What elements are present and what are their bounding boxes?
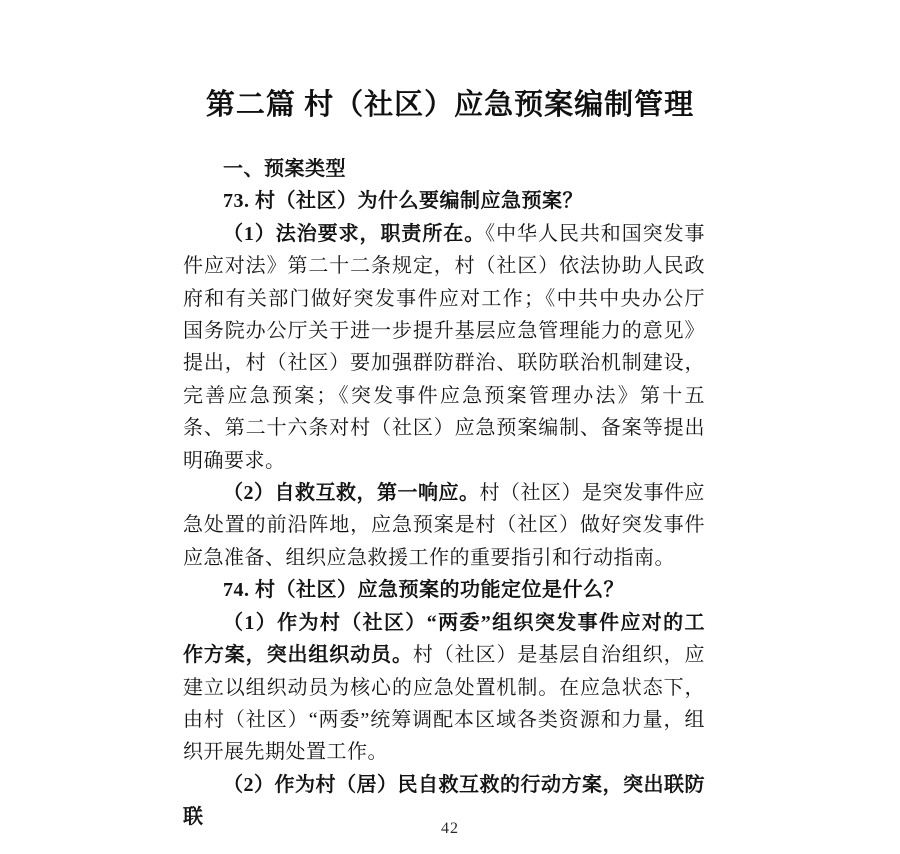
question-74-heading: 74. 村（社区）应急预案的功能定位是什么？	[183, 574, 705, 606]
paragraph-73-point-1: （1）法治要求，职责所在。《中华人民共和国突发事件应对法》第二十二条规定，村（社…	[183, 218, 705, 477]
document-body: 一、预案类型 73. 村（社区）为什么要编制应急预案？ （1）法治要求，职责所在…	[183, 153, 705, 834]
page-title: 第二篇 村（社区）应急预案编制管理	[0, 82, 900, 123]
question-73-text: 73. 村（社区）为什么要编制应急预案？	[223, 190, 583, 212]
paragraph-lead-bold: （2）自救互救，第一响应。	[223, 482, 480, 504]
paragraph-lead-bold: （1）法治要求，职责所在。	[223, 223, 485, 245]
section-heading-text: 一、预案类型	[223, 158, 346, 180]
paragraph-body-text: 《中华人民共和国突发事件应对法》第二十二条规定，村（社区）依法协助人民政府和有关…	[183, 223, 726, 472]
paragraph-73-point-2: （2）自救互救，第一响应。村（社区）是突发事件应急处置的前沿阵地，应急预案是村（…	[183, 477, 705, 574]
question-74-text: 74. 村（社区）应急预案的功能定位是什么？	[223, 579, 624, 601]
document-page: 第二篇 村（社区）应急预案编制管理 一、预案类型 73. 村（社区）为什么要编制…	[0, 0, 900, 854]
paragraph-74-point-1: （1）作为村（社区）“两委”组织突发事件应对的工作方案，突出组织动员。村（社区）…	[183, 607, 705, 769]
question-73-heading: 73. 村（社区）为什么要编制应急预案？	[183, 185, 705, 217]
section-heading-plan-types: 一、预案类型	[183, 153, 705, 185]
page-number: 42	[0, 820, 900, 838]
